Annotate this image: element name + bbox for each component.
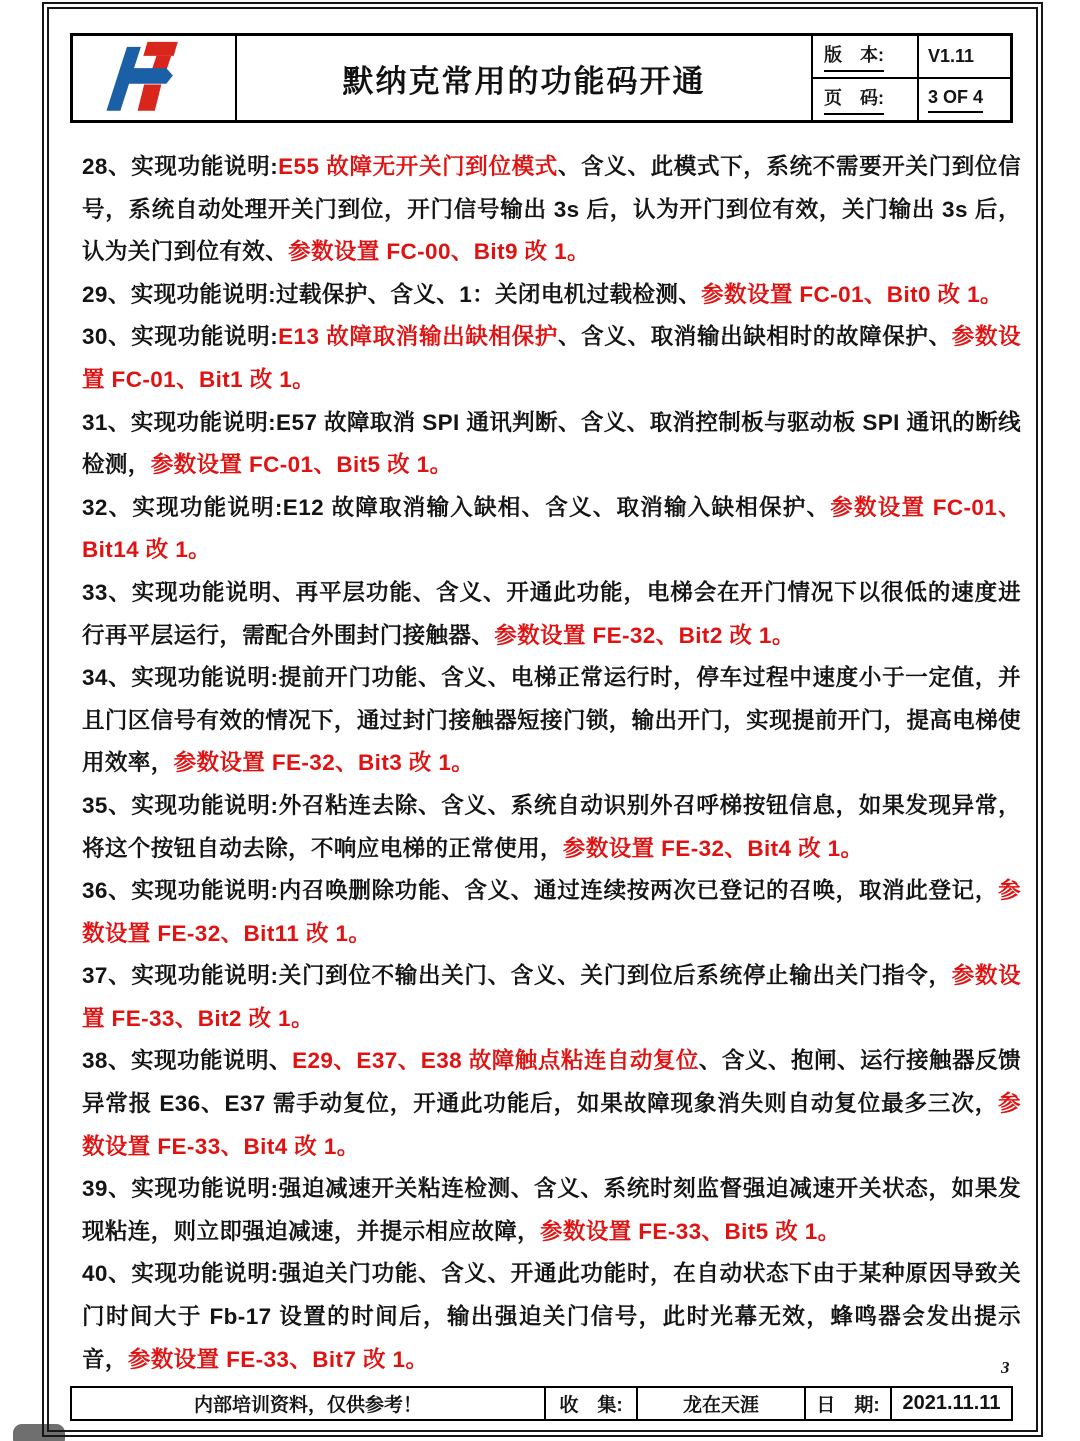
ht-company-logo-icon	[90, 37, 218, 119]
text-segment: 参数设置 FE-32、Bit2 改 1。	[494, 623, 795, 648]
text-segment: 参数设置 FE-33、Bit5 改 1。	[540, 1219, 841, 1244]
version-value-cell: V1.11	[919, 36, 1010, 77]
text-segment: E29、E37、E38 故障触点粘连自动复位	[292, 1048, 699, 1073]
paragraph-item: 38、实现功能说明、E29、E37、E38 故障触点粘连自动复位、含义、抱闸、运…	[82, 1040, 1021, 1168]
collect-label: 收 集:	[544, 1388, 636, 1419]
text-segment: 35、实现功能说明:外召粘连去除、含义、系统自动识别外召呼梯按钮信息，如果发现异…	[82, 793, 1021, 861]
text-segment: 参数设置 FC-01、Bit5 改 1。	[151, 452, 453, 477]
paragraph-item: 30、实现功能说明:E13 故障取消输出缺相保护、含义、取消输出缺相时的故障保护…	[82, 316, 1021, 401]
text-segment: E13 故障取消输出缺相保护	[278, 324, 558, 349]
text-segment: 30、实现功能说明:	[82, 324, 278, 349]
page-value: 3 OF 4	[928, 87, 983, 113]
date-value: 2021.11.11	[890, 1388, 1011, 1419]
title-cell: 默纳克常用的功能码开通	[237, 36, 813, 120]
text-segment: 参数设置 FE-32、Bit4 改 1。	[563, 836, 864, 861]
paragraph-item: 34、实现功能说明:提前开门功能、含义、电梯正常运行时，停车过程中速度小于一定值…	[82, 657, 1021, 785]
text-segment: 36、实现功能说明:内召唤删除功能、含义、通过连续按两次已登记的召唤，取消此登记…	[82, 878, 998, 903]
version-page-table: 版 本: V1.11 页 码: 3 OF 4	[813, 36, 1010, 120]
page-value-cell: 3 OF 4	[919, 79, 1010, 120]
paragraph-item: 32、实现功能说明:E12 故障取消输入缺相、含义、取消输入缺相保护、参数设置 …	[82, 487, 1021, 572]
paragraph-item: 37、实现功能说明:关门到位不输出关门、含义、关门到位后系统停止输出关门指令，参…	[82, 955, 1021, 1040]
corner-artifact	[13, 1424, 65, 1441]
version-label: 版 本:	[824, 41, 884, 72]
text-segment: E55 故障无开关门到位模式	[278, 154, 558, 179]
version-label-cell: 版 本:	[813, 36, 919, 77]
logo-cell	[73, 36, 237, 120]
text-segment: 29、实现功能说明:过载保护、含义、1：关闭电机过载检测、	[82, 282, 701, 307]
collect-value: 龙在天涯	[636, 1388, 804, 1419]
text-segment: 38、实现功能说明、	[82, 1048, 292, 1073]
text-segment: 参数设置 FE-33、Bit7 改 1。	[128, 1347, 429, 1372]
paragraph-item: 33、实现功能说明、再平层功能、含义、开通此功能，电梯会在开门情况下以很低的速度…	[82, 572, 1021, 657]
paragraph-item: 28、实现功能说明:E55 故障无开关门到位模式、含义、此模式下，系统不需要开关…	[82, 146, 1021, 274]
page-number: 3	[1001, 1358, 1010, 1378]
header-table: 默纳克常用的功能码开通 版 本: V1.11 页 码: 3 OF 4	[70, 33, 1013, 123]
page-row: 页 码: 3 OF 4	[813, 77, 1010, 120]
paragraph-item: 40、实现功能说明:强迫关门功能、含义、开通此功能时，在自动状态下由于某种原因导…	[82, 1253, 1021, 1381]
paragraph-item: 35、实现功能说明:外召粘连去除、含义、系统自动识别外召呼梯按钮信息，如果发现异…	[82, 785, 1021, 870]
paragraph-item: 31、实现功能说明:E57 故障取消 SPI 通讯判断、含义、取消控制板与驱动板…	[82, 402, 1021, 487]
text-segment: 参数设置 FC-00、Bit9 改 1。	[288, 239, 590, 264]
text-segment: 37、实现功能说明:关门到位不输出关门、含义、关门到位后系统停止输出关门指令，	[82, 963, 952, 988]
page-label: 页 码:	[824, 84, 884, 115]
paragraph-item: 36、实现功能说明:内召唤删除功能、含义、通过连续按两次已登记的召唤，取消此登记…	[82, 870, 1021, 955]
date-label: 日 期:	[804, 1388, 890, 1419]
text-segment: 参数设置 FC-01、Bit0 改 1。	[701, 282, 1003, 307]
footer-table: 内部培训资料，仅供参考！ 收 集: 龙在天涯 日 期: 2021.11.11	[70, 1386, 1013, 1421]
page-label-cell: 页 码:	[813, 79, 919, 120]
document-title: 默纳克常用的功能码开通	[343, 56, 706, 101]
paragraph-item: 39、实现功能说明:强迫减速开关粘连检测、含义、系统时刻监督强迫减速开关状态，如…	[82, 1168, 1021, 1253]
version-row: 版 本: V1.11	[813, 36, 1010, 77]
paragraph-item: 29、实现功能说明:过载保护、含义、1：关闭电机过载检测、参数设置 FC-01、…	[82, 274, 1021, 317]
footer-note: 内部培训资料，仅供参考！	[72, 1388, 544, 1419]
text-segment: 32、实现功能说明:E12 故障取消输入缺相、含义、取消输入缺相保护、	[82, 495, 830, 520]
version-value: V1.11	[928, 46, 974, 67]
text-segment: 28、实现功能说明:	[82, 154, 278, 179]
text-segment: 、含义、取消输出缺相时的故障保护、	[558, 324, 952, 349]
document-body: 28、实现功能说明:E55 故障无开关门到位模式、含义、此模式下，系统不需要开关…	[82, 146, 1021, 1381]
text-segment: 参数设置 FE-32、Bit3 改 1。	[174, 750, 475, 775]
